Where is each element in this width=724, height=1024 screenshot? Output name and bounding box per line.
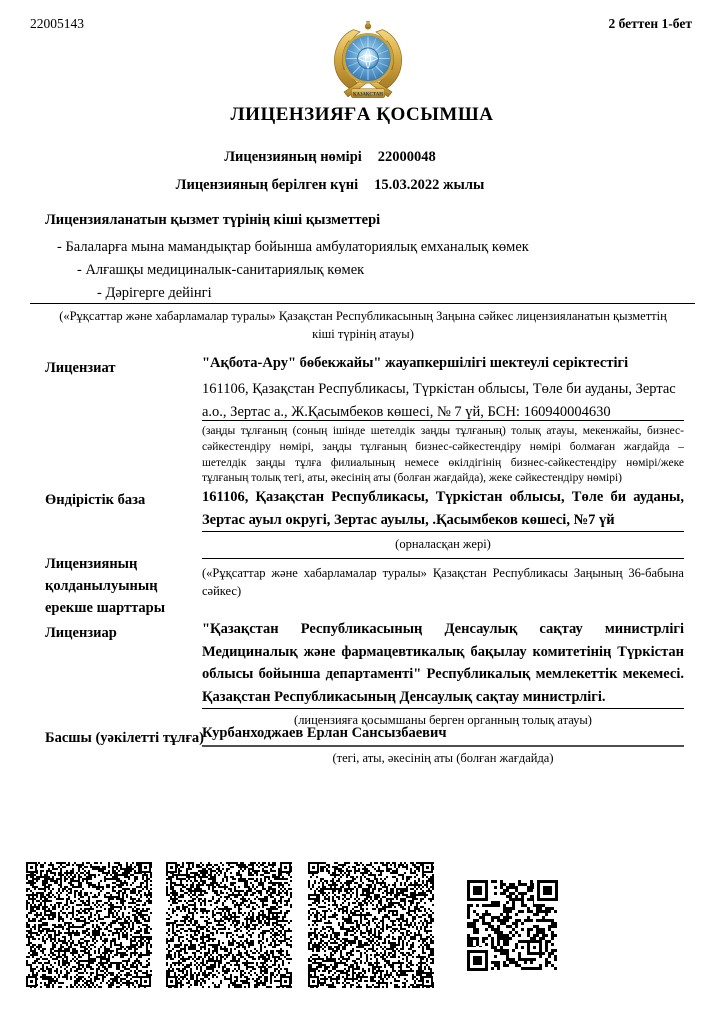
licensee-name: "Ақбота-Ару" бөбекжайы" жауапкершілігі ш… [202, 355, 684, 372]
license-date-value: 15.03.2022 жылы [374, 177, 484, 194]
datamatrix-barcode-3 [307, 861, 434, 988]
licensor-label: Лицензиар [45, 622, 117, 644]
licensor-value: "Қазақстан Республикасының Денсаулық сақ… [202, 618, 684, 708]
licensee-address: 161106, Қазақстан Республикасы, Түркіста… [202, 378, 684, 423]
head-person-name: Курбанходжаев Ерлан Сансызбаевич [202, 725, 684, 747]
special-conditions-value: («Рұқсаттар және хабарламалар туралы» Қа… [202, 558, 684, 600]
head-person-footnote: (тегі, аты, әкесінің аты (болған жағдайд… [202, 749, 684, 767]
license-number-label: Лицензияның нөмірі [224, 149, 362, 166]
kazakhstan-emblem-icon: ҚАЗАҚСТАН [328, 20, 408, 104]
subservice-item: - Балаларға мына мамандықтар бойынша амб… [57, 239, 529, 256]
license-number-value: 22000048 [378, 149, 436, 166]
license-date-label: Лицензияның берілген күні [176, 177, 359, 194]
license-date-row: Лицензияның берілген күні 15.03.2022 жыл… [0, 177, 660, 194]
qr-code [465, 878, 560, 973]
document-title: ЛИЦЕНЗИЯҒА ҚОСЫМША [0, 104, 724, 126]
production-base-footnote: (орналасқан жері) [202, 531, 684, 553]
subservices-footnote: («Рұқсаттар және хабарламалар туралы» Қа… [58, 307, 668, 343]
emblem-banner-text: ҚАЗАҚСТАН [353, 93, 383, 98]
production-base-label: Өндірістік база [45, 489, 145, 511]
section-divider-line [30, 303, 695, 304]
subservice-item: - Дәрігерге дейінгі [97, 285, 212, 302]
special-conditions-label: Лицензияның қолданылуының ерекше шарттар… [45, 553, 195, 619]
license-annex-document: 22005143 2 беттен 1-бет [0, 0, 724, 1024]
datamatrix-barcode-1 [25, 861, 152, 988]
document-code: 22005143 [30, 16, 84, 32]
licensee-label: Лицензиат [45, 357, 115, 379]
subservices-heading: Лицензияланатын қызмет түрінің кіші қызм… [45, 212, 380, 229]
license-number-row: Лицензияның нөмірі 22000048 [0, 149, 660, 166]
page-indicator: 2 беттен 1-бет [608, 16, 692, 32]
head-person-label: Басшы (уәкілетті тұлға) [45, 727, 204, 749]
production-base-value: 161106, Қазақстан Республикасы, Түркіста… [202, 486, 684, 531]
licensee-footnote: (заңды тұлғаның (соның ішінде шетелдік з… [202, 420, 684, 487]
subservice-item: - Алғашқы медициналык-санитариялық көмек [77, 262, 364, 279]
datamatrix-barcode-2 [165, 861, 292, 988]
